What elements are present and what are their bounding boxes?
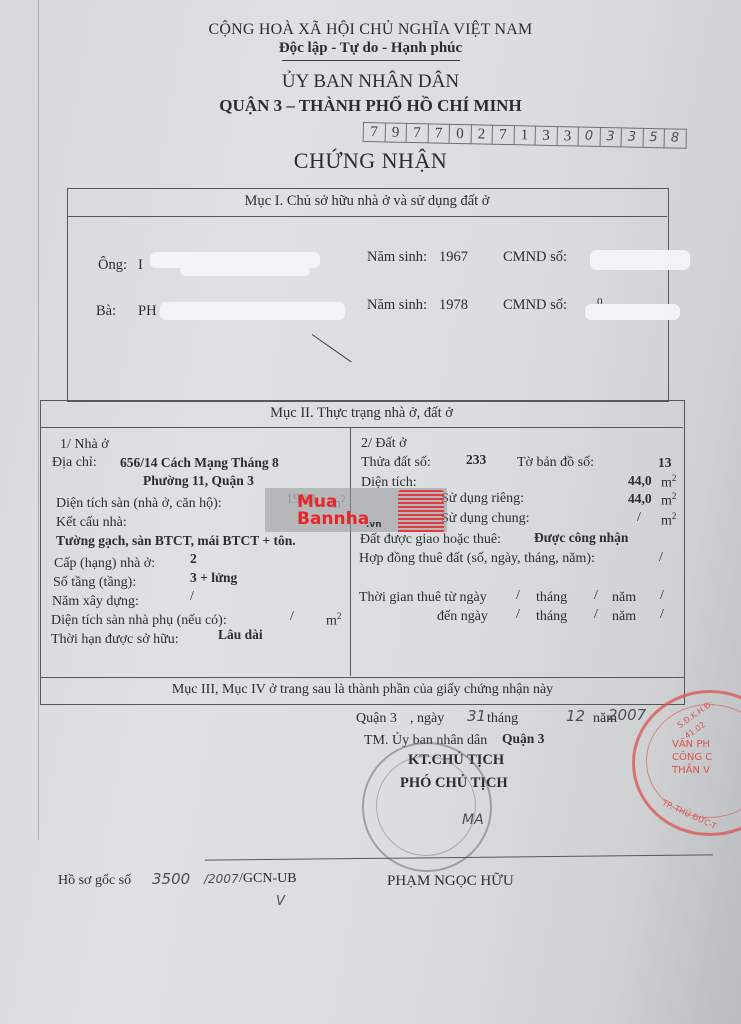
structure-label: Kết cấu nhà: bbox=[56, 515, 127, 531]
signer-name: PHẠM NGỌC HỮU bbox=[387, 873, 514, 890]
file-ref-suffix: /GCN-UB bbox=[239, 871, 297, 887]
serial-digit: 3 bbox=[600, 127, 622, 147]
section-1-heading: Mục I. Chủ sở hữu nhà ở và sử dụng đất ở bbox=[67, 188, 667, 217]
watermark-line-2: Bannha bbox=[297, 511, 369, 528]
sign-month-label: tháng bbox=[487, 711, 518, 727]
lease-from-month-label: tháng bbox=[536, 590, 567, 606]
shared-use-unit: m2 bbox=[661, 511, 676, 530]
ownership-term-value: Lâu dài bbox=[218, 627, 263, 643]
owner-1-birth-year: 1967 bbox=[439, 249, 468, 266]
serial-digit: 7 bbox=[363, 122, 386, 142]
serial-digit: 0 bbox=[579, 127, 601, 147]
lease-to-month: / bbox=[594, 607, 598, 623]
section-3-note: Mục III, Mục IV ở trang sau là thành phầ… bbox=[40, 676, 685, 705]
serial-digit: 0 bbox=[450, 124, 472, 144]
owner-2-prefix: Bà: bbox=[96, 303, 116, 320]
serial-digit: 3 bbox=[622, 127, 644, 147]
structure-value: Tường gạch, sàn BTCT, mái BTCT + tôn. bbox=[56, 533, 296, 549]
area-unit: m2 bbox=[661, 473, 676, 492]
unit-text: m bbox=[326, 614, 337, 629]
build-year-value: / bbox=[190, 589, 194, 605]
private-use-value: 44,0 bbox=[628, 491, 652, 507]
lease-contract-label: Hợp đồng thuê đất (số, ngày, tháng, năm)… bbox=[359, 551, 595, 567]
owner-2-birth-year: 1978 bbox=[439, 297, 468, 314]
sign-month: 12 bbox=[566, 707, 585, 725]
grade-value: 2 bbox=[190, 551, 197, 567]
floor-area-label: Diện tích sàn (nhà ở, căn hộ): bbox=[56, 496, 222, 512]
address-label: Địa chỉ: bbox=[52, 455, 97, 471]
lease-from-month: / bbox=[594, 588, 598, 604]
house-heading: 1/ Nhà ở bbox=[60, 437, 109, 453]
file-ref-year: /2007 bbox=[204, 872, 239, 886]
lease-from-label: Thời gian thuê từ ngày bbox=[359, 590, 487, 606]
watermark-logo: Mua Bannha bbox=[297, 494, 369, 528]
stamp-line: CÔNG C bbox=[672, 751, 712, 764]
serial-digit: 2 bbox=[471, 124, 493, 144]
grade-label: Cấp (hạng) nhà ở: bbox=[54, 556, 155, 572]
serial-digit: 3 bbox=[557, 126, 579, 146]
address-line-1: 656/14 Cách Mạng Tháng 8 bbox=[120, 455, 279, 471]
section-2-heading: Mục II. Thực trạng nhà ở, đất ở bbox=[40, 400, 683, 428]
aux-area-value: / bbox=[290, 609, 294, 625]
official-seal-inner bbox=[376, 756, 476, 856]
lease-to-label: đến ngày bbox=[437, 609, 488, 625]
notary-stamp-text: VĂN PH CÔNG C THẦN V bbox=[672, 738, 712, 777]
map-sheet-value: 13 bbox=[658, 455, 672, 471]
serial-digit: 1 bbox=[514, 125, 536, 145]
redaction-mark bbox=[585, 304, 680, 320]
owner-1-name: I bbox=[138, 257, 143, 274]
private-use-unit: m2 bbox=[661, 491, 676, 510]
lease-contract-value: / bbox=[659, 550, 663, 566]
area-value: 44,0 bbox=[628, 473, 652, 489]
owner-2-birth-label: Năm sinh: bbox=[367, 297, 427, 314]
watermark-tld: .vn bbox=[366, 520, 382, 530]
lease-to-month-label: tháng bbox=[536, 609, 567, 625]
lease-to-day: / bbox=[516, 607, 520, 623]
owner-1-prefix: Ông: bbox=[98, 257, 127, 274]
redaction-mark bbox=[160, 302, 345, 320]
land-heading: 2/ Đất ở bbox=[361, 436, 407, 452]
on-behalf-place: Quận 3 bbox=[502, 731, 544, 747]
lease-from-year: / bbox=[660, 588, 664, 604]
motto-underline bbox=[282, 60, 460, 61]
parcel-value: 233 bbox=[466, 452, 486, 468]
sign-day: 31 bbox=[467, 707, 486, 725]
serial-digit: 3 bbox=[536, 126, 558, 146]
map-sheet-label: Tờ bản đồ số: bbox=[517, 455, 594, 471]
shared-use-label: Sử dụng chung: bbox=[441, 511, 529, 527]
parcel-label: Thửa đất số: bbox=[361, 455, 431, 471]
lease-to-year-label: năm bbox=[612, 609, 636, 625]
serial-digit: 7 bbox=[428, 123, 450, 143]
column-divider bbox=[350, 428, 351, 676]
sign-year: 2007 bbox=[608, 706, 646, 724]
sign-place: Quận 3 bbox=[356, 711, 397, 727]
owner-2-name: PH bbox=[138, 303, 157, 320]
lease-from-day: / bbox=[516, 588, 520, 604]
file-ref-label: Hồ sơ gốc số bbox=[58, 873, 131, 889]
serial-digit: 8 bbox=[665, 128, 687, 148]
file-ref-number: 3500 bbox=[152, 870, 190, 888]
nation-title: CỘNG HOÀ XÃ HỘI CHỦ NGHĨA VIỆT NAM bbox=[0, 21, 741, 39]
serial-number: 7 9 7 7 0 2 7 1 3 3 0 3 3 5 8 bbox=[363, 122, 687, 149]
serial-digit: 7 bbox=[407, 123, 429, 143]
lease-from-year-label: năm bbox=[612, 590, 636, 606]
sign-day-label: , ngày bbox=[410, 711, 444, 727]
building-icon bbox=[398, 490, 444, 532]
stamp-line: THẦN V bbox=[672, 764, 712, 777]
allocation-label: Đất được giao hoặc thuê: bbox=[360, 532, 501, 548]
certificate-title: CHỨNG NHẬN bbox=[0, 148, 741, 174]
aux-area-label: Diện tích sàn nhà phụ (nếu có): bbox=[51, 613, 227, 629]
redaction-mark bbox=[180, 266, 310, 276]
owner-1-id-label: CMND số: bbox=[503, 249, 567, 266]
shared-use-value: / bbox=[637, 510, 641, 526]
ownership-term-label: Thời hạn được sở hữu: bbox=[51, 632, 179, 648]
authority-title: ỦY BAN NHÂN DÂN bbox=[0, 71, 741, 93]
aux-area-unit: m2 bbox=[326, 611, 341, 630]
redaction-mark bbox=[590, 250, 690, 270]
address-line-2: Phường 11, Quận 3 bbox=[143, 473, 254, 489]
section-1-box bbox=[67, 188, 669, 402]
serial-digit: 5 bbox=[643, 128, 665, 148]
unit-text: m bbox=[661, 476, 672, 491]
district-title: QUẬN 3 – THÀNH PHỐ HỒ CHÍ MINH bbox=[0, 96, 741, 116]
signature-initials: MA bbox=[462, 812, 484, 828]
lease-to-year: / bbox=[660, 607, 664, 623]
serial-digit: 7 bbox=[493, 125, 515, 145]
unit-text: m bbox=[661, 514, 672, 529]
serial-digit: 9 bbox=[385, 122, 407, 142]
allocation-value: Được công nhận bbox=[534, 530, 628, 546]
motto: Độc lập - Tự do - Hạnh phúc bbox=[0, 40, 741, 57]
owner-2-id-label: CMND số: bbox=[503, 297, 567, 314]
private-use-label: Sử dụng riêng: bbox=[441, 491, 524, 507]
paper-edge bbox=[38, 0, 39, 840]
floors-value: 3 + lửng bbox=[190, 570, 237, 586]
build-year-label: Năm xây dựng: bbox=[52, 594, 139, 610]
check-mark: V bbox=[276, 894, 285, 909]
floors-label: Số tầng (tầng): bbox=[53, 575, 136, 591]
owner-1-birth-label: Năm sinh: bbox=[367, 249, 427, 266]
unit-text: m bbox=[661, 494, 672, 509]
